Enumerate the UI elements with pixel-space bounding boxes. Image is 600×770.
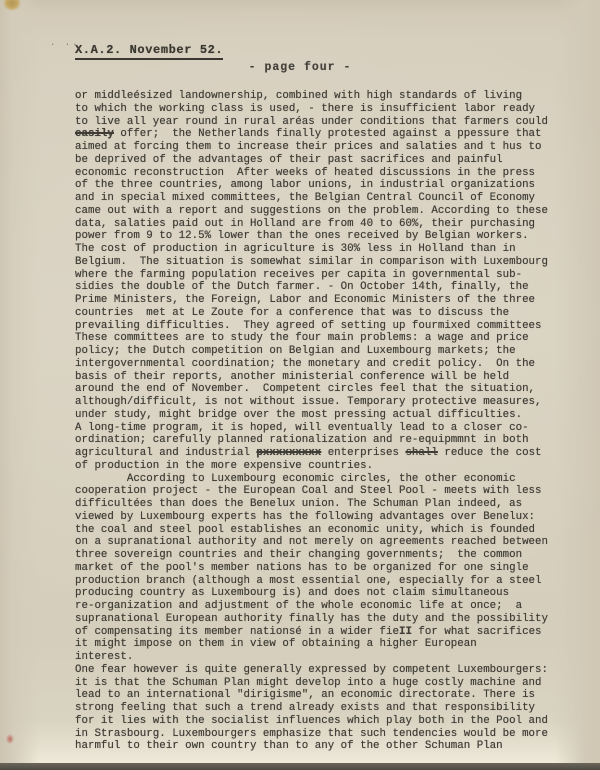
scan-edge <box>0 763 600 770</box>
text-line: re-organization and adjustment of the wh… <box>75 600 585 613</box>
text-line: for it lies with the socialist influence… <box>75 715 585 728</box>
text-line: production branch (although a most essen… <box>75 575 585 588</box>
text-line: to which the working class is used, - th… <box>75 103 585 116</box>
margin-mark <box>6 734 14 744</box>
text-line: difficultées than does the Benelux union… <box>75 498 585 511</box>
page-number-label: - page four - <box>0 61 600 74</box>
text-line: agricultural and industrial pxxxxxxxxx e… <box>75 447 585 460</box>
text-line: although/difficult, is not without issue… <box>75 396 585 409</box>
text-line: supranational European authority finally… <box>75 613 585 626</box>
text-line: lead to an international "dirigisme", an… <box>75 689 585 702</box>
text-line: it might impose on them in view of obtai… <box>75 638 585 651</box>
document-reference: X.A.2. November 52. <box>75 43 223 60</box>
text-line: A long-time program, it is hoped, will e… <box>75 422 585 435</box>
text-line: strong feeling that such a trend already… <box>75 702 585 715</box>
text-line: producing country as Luxembourg is) and … <box>75 587 585 600</box>
text-line: be deprived of the advantages of their p… <box>75 154 585 167</box>
text-line: countries met at Le Zoute for a conferen… <box>75 307 585 320</box>
document-page: · ·· X.A.2. November 52. - page four - o… <box>0 0 600 763</box>
text-line: of compensating its member nationsé in a… <box>75 626 585 639</box>
text-line: easily offer; the Netherlands finally pr… <box>75 128 585 141</box>
text-line: According to Luxembourg economic circles… <box>75 473 585 486</box>
text-line: of the three countries, among labor unio… <box>75 179 585 192</box>
text-line: it is that the Schuman Plan might develo… <box>75 677 585 690</box>
text-line: on a supranational authority and not mer… <box>75 536 585 549</box>
text-line: and in special mixed committees, the Bel… <box>75 192 585 205</box>
text-line: of production in the more expensive coun… <box>75 460 585 473</box>
text-line: ordination; carefully planned rationaliz… <box>75 434 585 447</box>
text-line: where the farming population receives pe… <box>75 269 585 282</box>
text-line: prevailing difficulties. They agreed of … <box>75 320 585 333</box>
text-line: in Strasbourg. Luxembourgers emphasize t… <box>75 728 585 741</box>
document-text: or middleésized landownership, combined … <box>75 90 585 753</box>
text-line: the coal and steel pool establishes an e… <box>75 524 585 537</box>
paper-stain <box>3 0 21 11</box>
text-line: Prime Ministers, the Foreign, Labor and … <box>75 294 585 307</box>
text-line: One fear however is quite generally expr… <box>75 664 585 677</box>
text-line: to live all year round in rural aréas un… <box>75 116 585 129</box>
text-line: aimed at forcing them to increase their … <box>75 141 585 154</box>
text-line: interest. <box>75 651 585 664</box>
text-line: power from 9 to 12.5% lower than the one… <box>75 230 585 243</box>
text-line: came out with a report and suggestions o… <box>75 205 585 218</box>
text-line: The cost of production in agriculture is… <box>75 243 585 256</box>
text-line: policy; the Dutch competition on Belgian… <box>75 345 585 358</box>
text-line: sidies the double of the Dutch farmer. -… <box>75 281 585 294</box>
text-line: basis of their reports, another minister… <box>75 371 585 384</box>
text-line: cooperation project - the European Coal … <box>75 485 585 498</box>
text-line: economic reconstruction After weeks of h… <box>75 167 585 180</box>
text-line: or middleésized landownership, combined … <box>75 90 585 103</box>
text-line: intergovernmental coordination; the mone… <box>75 358 585 371</box>
text-line: harmful to their own country than to any… <box>75 740 585 753</box>
text-line: around the end of November. Competent ci… <box>75 383 585 396</box>
text-line: data, salaties paid out in Holland are f… <box>75 218 585 231</box>
text-line: These committees are to study the four m… <box>75 332 585 345</box>
text-line: three sovereign countries and their chan… <box>75 549 585 562</box>
text-line: Belgium. The situation is somewhat simil… <box>75 256 585 269</box>
text-line: viewed by Luxembourg experts has the fol… <box>75 511 585 524</box>
text-line: under study, might bridge over the most … <box>75 409 585 422</box>
text-line: market of the pool's member nations has … <box>75 562 585 575</box>
